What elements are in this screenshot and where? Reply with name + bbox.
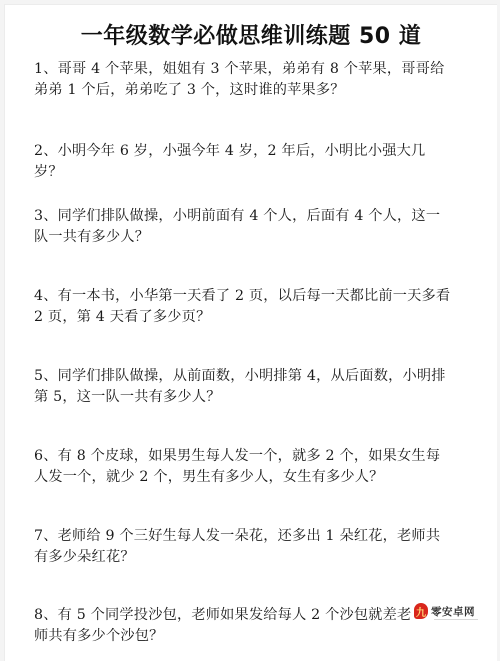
document-page: 一年级数学必做思维训练题 50 道 1、哥哥 4 个苹果，姐姐有 3 个苹果，弟…	[4, 4, 497, 661]
question-2: 2、小明今年 6 岁，小强今年 4 岁，2 年后，小明比小强大几岁？	[34, 141, 454, 183]
question-5: 5、同学们排队做操，从前面数，小明排第 4，从后面数，小明排第 5，这一队一共有…	[34, 366, 454, 408]
question-1: 1、哥哥 4 个苹果，姐姐有 3 个苹果，弟弟有 8 个苹果，哥哥给弟弟 1 个…	[34, 59, 454, 101]
watermark-logo-icon: 九	[414, 603, 428, 619]
watermark: 九 零安卓网	[414, 600, 480, 622]
document-title: 一年级数学必做思维训练题 50 道	[5, 23, 497, 51]
question-3: 3、同学们排队做操，小明前面有 4 个人，后面有 4 个人，这一队一共有多少人？	[34, 206, 454, 248]
question-6: 6、有 8 个皮球，如果男生每人发一个，就多 2 个，如果女生每人发一个，就少 …	[34, 446, 454, 488]
watermark-underline	[434, 619, 478, 620]
question-7: 7、老师给 9 个三好生每人发一朵花，还多出 1 朵红花，老师共有多少朵红花？	[34, 526, 454, 568]
question-8: 8、有 5 个同学投沙包，老师如果发给每人 2 个沙包就差老师共有多少个沙包？	[34, 605, 414, 647]
question-4: 4、有一本书，小华第一天看了 2 页，以后每一天都比前一天多看 2 页，第 4 …	[34, 286, 454, 328]
watermark-text: 零安卓网	[431, 604, 475, 619]
